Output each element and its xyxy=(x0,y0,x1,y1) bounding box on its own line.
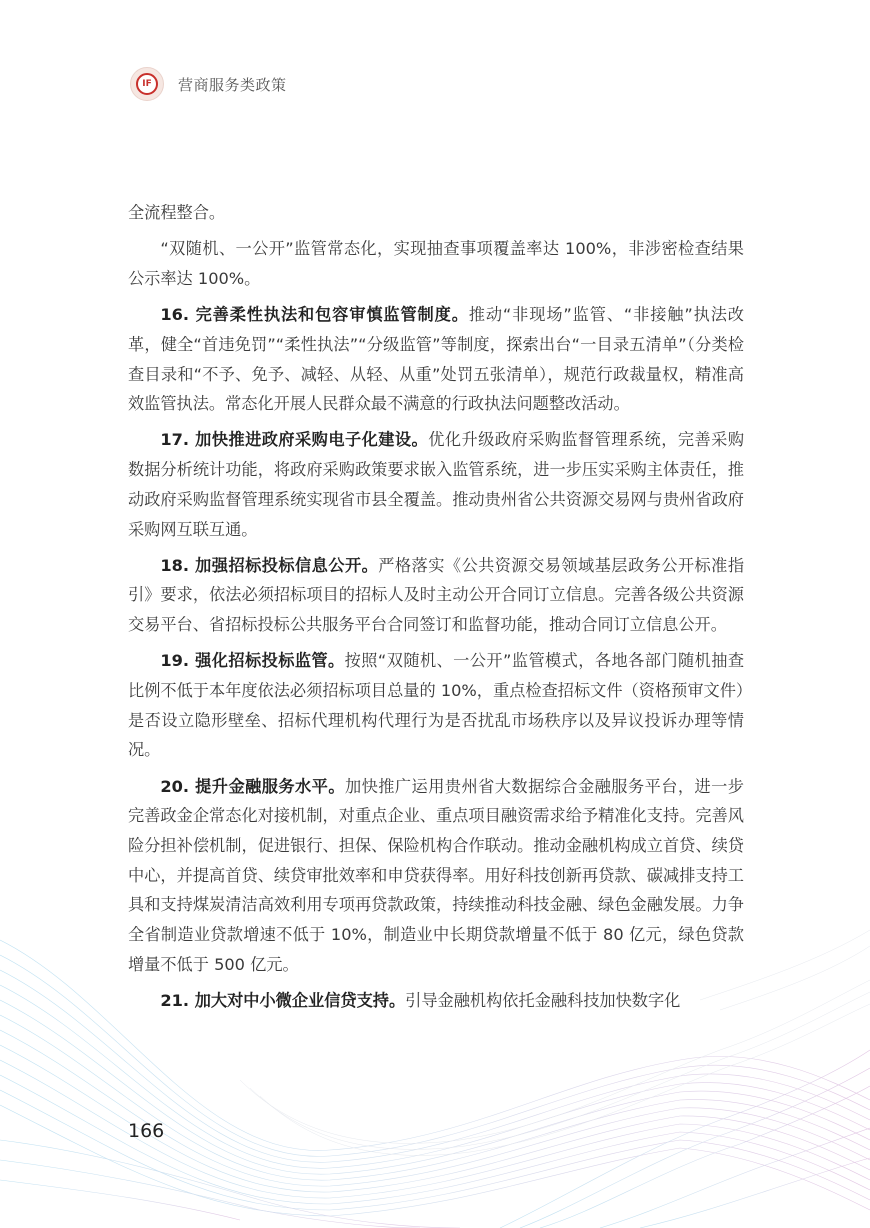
paragraph-item-20: 20. 提升金融服务水平。加快推广运用贵州省大数据综合金融服务平台，进一步完善政… xyxy=(128,772,744,980)
item-heading: 20. 提升金融服务水平。 xyxy=(160,777,345,796)
item-heading: 18. 加强招标投标信息公开。 xyxy=(160,556,378,575)
section-title: 营商服务类政策 xyxy=(178,74,287,95)
paragraph-item-18: 18. 加强招标投标信息公开。严格落实《公共资源交易领域基层政务公开标准指引》要… xyxy=(128,551,744,640)
item-heading: 17. 加快推进政府采购电子化建设。 xyxy=(160,430,428,449)
paragraph-item-16: 16. 完善柔性执法和包容审慎监管制度。推动“非现场”监管、“非接触”执法改革，… xyxy=(128,300,744,419)
paragraph-item-21: 21. 加大对中小微企业信贷支持。引导金融机构依托金融科技加快数字化 xyxy=(128,986,744,1016)
logo-inner: IF xyxy=(136,73,158,95)
item-heading: 16. 完善柔性执法和包容审慎监管制度。 xyxy=(160,305,468,324)
paragraph-item-17: 17. 加快推进政府采购电子化建设。优化升级政府采购监督管理系统，完善采购数据分… xyxy=(128,425,744,544)
paragraph-continuation: 全流程整合。 xyxy=(128,198,744,228)
paragraph-item-19: 19. 强化招标投标监管。按照“双随机、一公开”监管模式，各地各部门随机抽查比例… xyxy=(128,646,744,765)
page-header: IF 营商服务类政策 xyxy=(130,66,287,102)
page-number: 166 xyxy=(128,1120,164,1142)
paragraph-double-random: “双随机、一公开”监管常态化，实现抽查事项覆盖率达 100%，非涉密检查结果公示… xyxy=(128,234,744,293)
item-heading: 21. 加大对中小微企业信贷支持。 xyxy=(160,991,405,1010)
document-body: 全流程整合。 “双随机、一公开”监管常态化，实现抽查事项覆盖率达 100%，非涉… xyxy=(128,198,744,1022)
item-heading: 19. 强化招标投标监管。 xyxy=(160,651,344,670)
logo-emblem-icon: IF xyxy=(130,67,164,101)
